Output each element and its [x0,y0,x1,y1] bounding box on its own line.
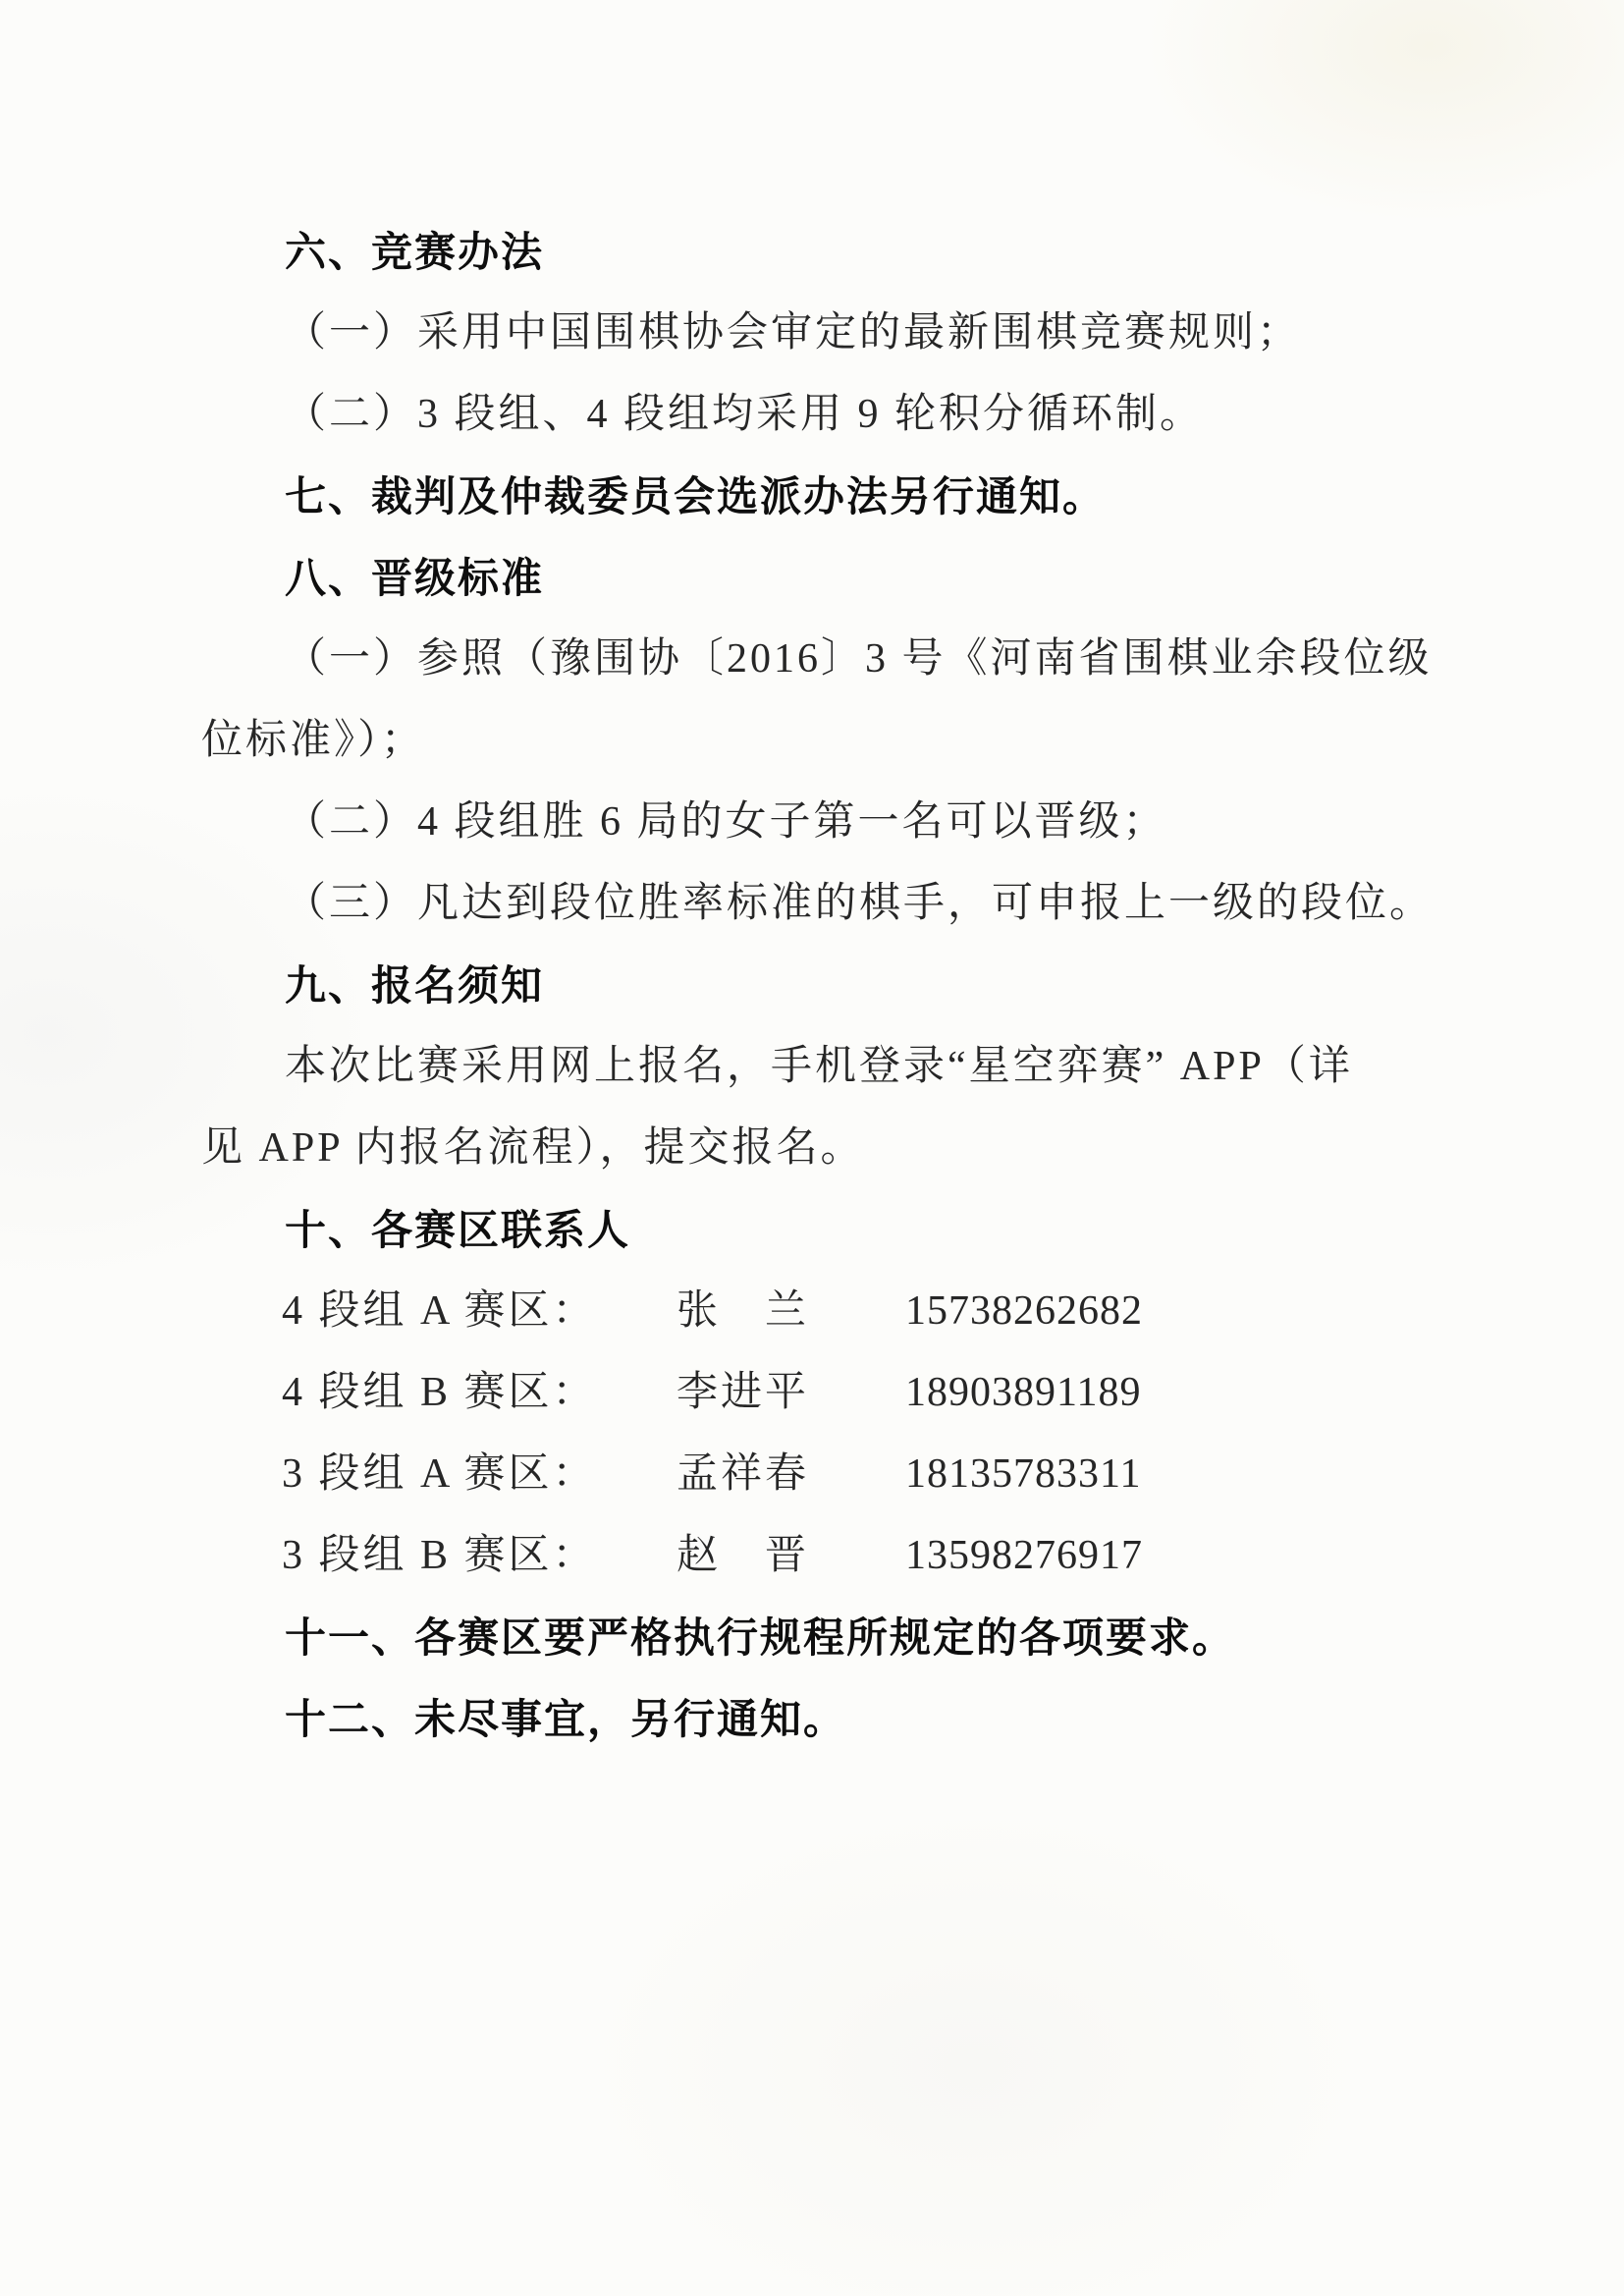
section-9-heading: 九、报名须知 [285,945,1506,1026]
contact-person-name: 孟祥春 [677,1434,905,1515]
section-8-item-1-line-2: 位标准》）； [201,700,1506,782]
contact-zone-label: 4 段组 B 赛区： [282,1352,677,1434]
section-6-heading: 六、竞赛办法 [285,211,1506,293]
contact-zone-label: 3 段组 A 赛区： [282,1434,677,1515]
contact-phone-number: 15738262682 [905,1271,1143,1352]
document-content: 六、竞赛办法 （一）采用中国围棋协会审定的最新围棋竞赛规则； （二）3 段组、4… [201,211,1506,1760]
section-8-item-2: （二）4 段组胜 6 局的女子第一名可以晋级； [285,782,1506,863]
section-9-paragraph-line-1: 本次比赛采用网上报名，手机登录“星空弈赛” APP（详 [285,1026,1506,1108]
section-6-item-2: （二）3 段组、4 段组均采用 9 轮积分循环制。 [285,374,1506,456]
contact-row-4a: 4 段组 A 赛区： 张 兰 15738262682 [282,1271,1506,1352]
contact-row-3b: 3 段组 B 赛区： 赵 晋 13598276917 [282,1515,1506,1597]
section-11-heading: 十一、各赛区要严格执行规程所规定的各项要求。 [285,1597,1506,1678]
contact-row-3a: 3 段组 A 赛区： 孟祥春 18135783311 [282,1434,1506,1515]
document-page: 六、竞赛办法 （一）采用中国围棋协会审定的最新围棋竞赛规则； （二）3 段组、4… [0,0,1624,2296]
contact-phone-number: 13598276917 [905,1515,1143,1597]
contact-phone-number: 18135783311 [905,1434,1141,1515]
section-8-item-3: （三）凡达到段位胜率标准的棋手，可申报上一级的段位。 [285,863,1506,945]
section-8-heading: 八、晋级标准 [285,537,1506,619]
section-12-heading: 十二、未尽事宜，另行通知。 [285,1678,1506,1760]
section-6-item-1: （一）采用中国围棋协会审定的最新围棋竞赛规则； [285,293,1506,374]
section-10-heading: 十、各赛区联系人 [285,1189,1506,1271]
section-8-item-1-line-1: （一）参照（豫围协〔2016〕3 号《河南省围棋业余段位级 [285,619,1506,700]
contact-zone-label: 4 段组 A 赛区： [282,1271,677,1352]
contact-row-4b: 4 段组 B 赛区： 李进平 18903891189 [282,1352,1506,1434]
contact-zone-label: 3 段组 B 赛区： [282,1515,677,1597]
section-7-heading: 七、裁判及仲裁委员会选派办法另行通知。 [285,456,1506,537]
contact-phone-number: 18903891189 [905,1352,1141,1434]
contact-person-name: 张 兰 [677,1271,905,1352]
contact-person-name: 李进平 [677,1352,905,1434]
section-9-paragraph-line-2: 见 APP 内报名流程），提交报名。 [201,1108,1506,1189]
contact-person-name: 赵 晋 [677,1515,905,1597]
